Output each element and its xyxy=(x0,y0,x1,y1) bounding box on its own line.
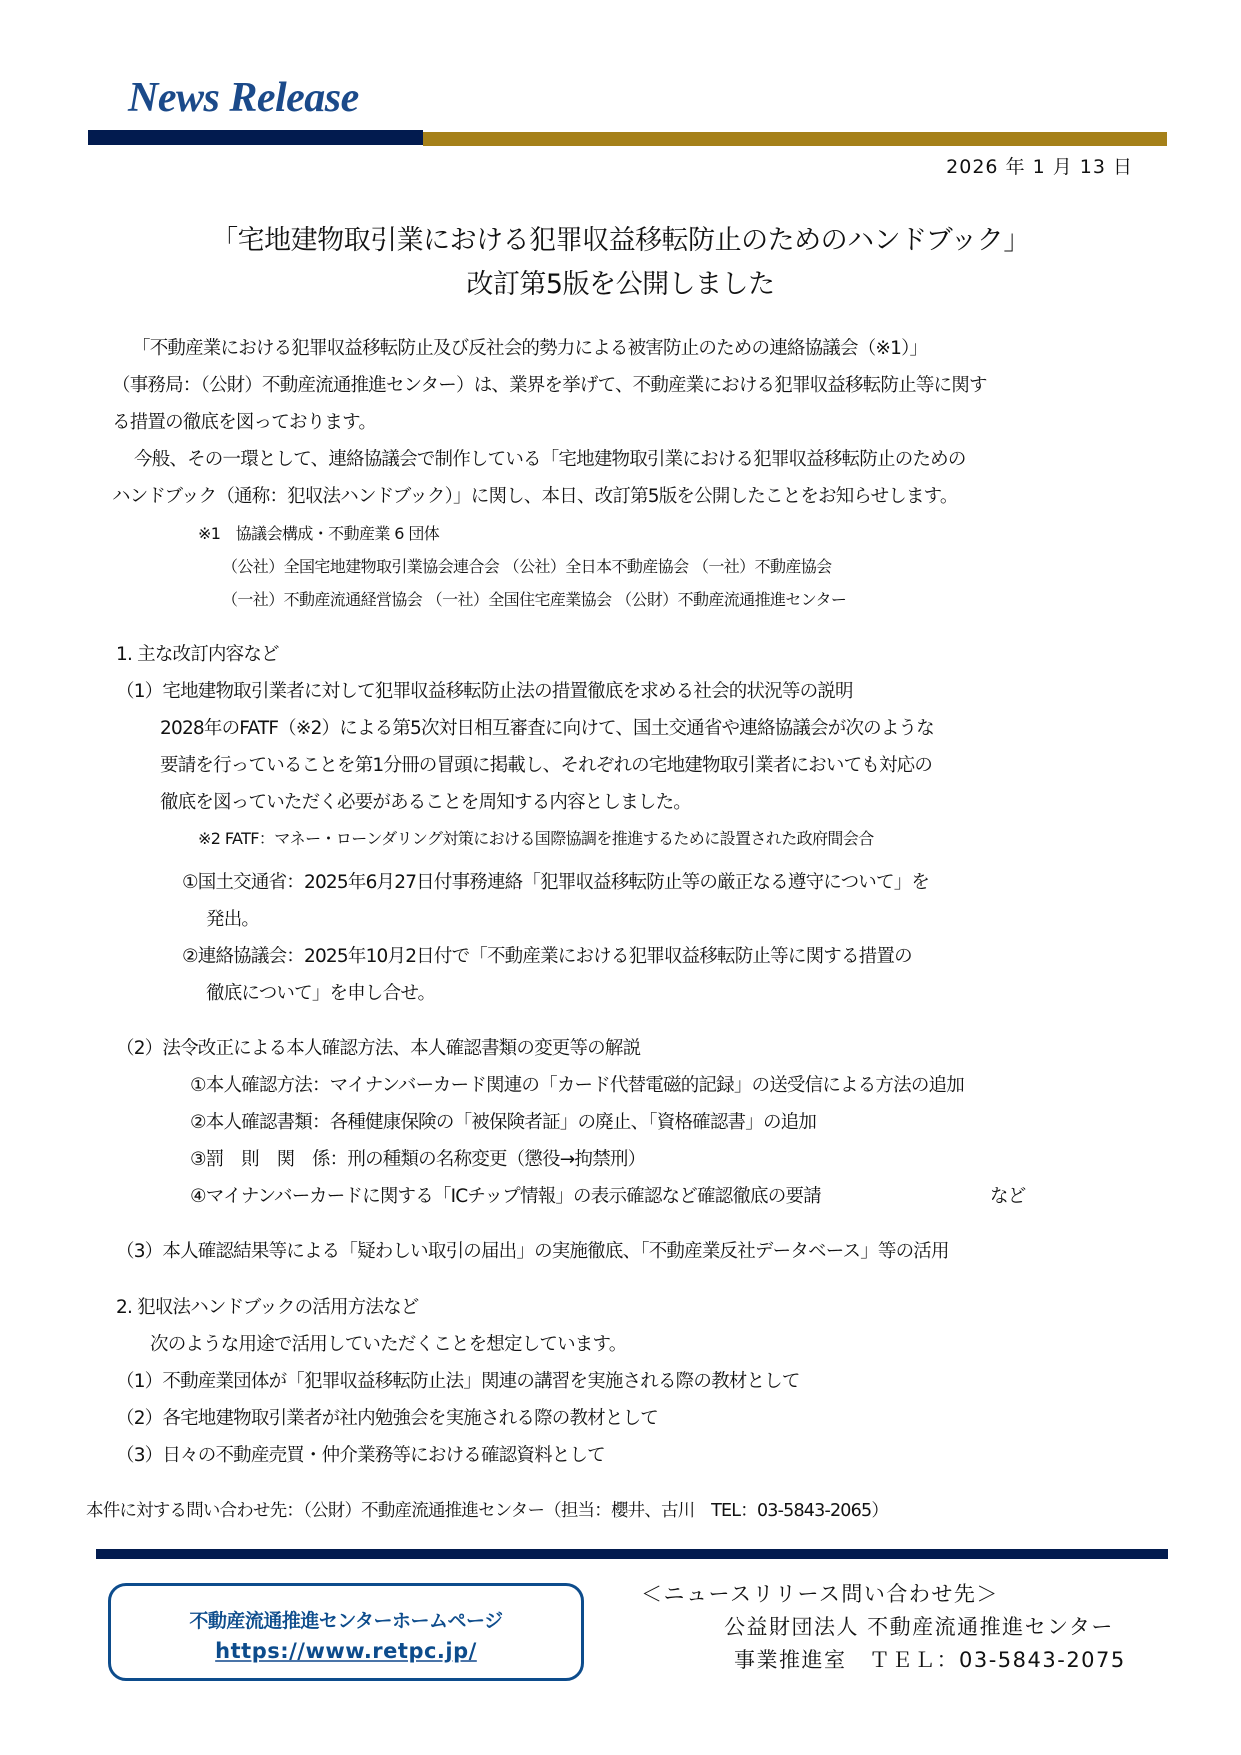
note1-members-line2: （一社）不動産流通経営協会 （一社）全国住宅産業協会 （公財）不動産流通推進セン… xyxy=(222,587,846,610)
section1-point2-line2: 徹底について」を申し合せ。 xyxy=(206,979,435,1005)
section1-item1-body-line1: 2028年のFATF（※2）による第5次対日相互審査に向けて、国土交通省や連絡協… xyxy=(160,714,934,740)
section1-point2-line1: ②連絡協議会：2025年10月2日付で「不動産業における犯罪収益移転防止等に関す… xyxy=(182,942,912,968)
section1-point1-line1: ①国土交通省：2025年6月27日付事務連絡「犯罪収益移転防止等の厳正なる遵守に… xyxy=(182,868,929,894)
header-gold-bar xyxy=(423,132,1167,146)
section1-item2-title: （2）法令改正による本人確認方法、本人確認書類の変更等の解説 xyxy=(116,1034,640,1060)
section1-item3-title: （3）本人確認結果等による「疑わしい取引の届出」の実施徹底、「不動産業反社データ… xyxy=(116,1237,949,1263)
news-release-logo: News Release xyxy=(128,74,359,122)
contact-org: 公益財団法人 不動産流通推進センター xyxy=(724,1611,1114,1641)
section1-item1-body-line3: 徹底を図っていただく必要があることを周知する内容としました。 xyxy=(160,788,691,814)
section1-item1-title: （1）宅地建物取引業者に対して犯罪収益移転防止法の措置徹底を求める社会的状況等の… xyxy=(116,677,853,703)
section1-point1-line2: 発出。 xyxy=(206,905,259,931)
section1-item2-point3: ③罰 則 関 係：刑の種類の名称変更（懲役→拘禁刑） xyxy=(190,1145,645,1171)
section2-lead: 次のような用途で活用していただくことを想定しています。 xyxy=(150,1330,626,1356)
intro-p1-line2: （事務局：（公財）不動産流通推進センター）は、業界を挙げて、不動産業における犯罪… xyxy=(112,371,987,397)
section1-item2-etc: など xyxy=(990,1182,1025,1208)
section2-use2: （2）各宅地建物取引業者が社内勉強会を実施される際の教材として xyxy=(116,1404,658,1430)
document-title-line2: 改訂第5版を公開しました xyxy=(0,262,1241,301)
contact-dept-tel: 事業推進室 ＴＥＬ：03-5843-2075 xyxy=(734,1644,1126,1674)
intro-p2-line2: ハンドブック（通称：犯収法ハンドブック）」に関し、本日、改訂第5版を公開したこと… xyxy=(112,482,958,508)
header-navy-bar xyxy=(88,130,423,145)
inquiry-contact: 本件に対する問い合わせ先：（公財）不動産流通推進センター（担当：櫻井、古川 TE… xyxy=(86,1497,888,1522)
document-title-line1: 「宅地建物取引業における犯罪収益移転防止のためのハンドブック」 xyxy=(0,218,1241,257)
note1-label: ※1 協議会構成・不動産業 6 団体 xyxy=(198,521,439,544)
contact-heading: ＜ニュースリリース問い合わせ先＞ xyxy=(641,1578,999,1608)
homepage-box: 不動産流通推進センターホームページ https://www.retpc.jp/ xyxy=(108,1583,584,1681)
section2-use1: （1）不動産業団体が「犯罪収益移転防止法」関連の講習を実施される際の教材として xyxy=(116,1367,800,1393)
footer-navy-bar xyxy=(96,1549,1168,1559)
section2-heading: 2. 犯収法ハンドブックの活用方法など xyxy=(116,1293,418,1319)
intro-p1-line1: 「不動産業における犯罪収益移転防止及び反社会的勢力による被害防止のための連絡協議… xyxy=(132,334,927,360)
note2-fatf: ※2 FATF：マネー・ローンダリング対策における国際協調を推進するために設置さ… xyxy=(198,826,874,849)
section1-heading: 1. 主な改訂内容など xyxy=(116,640,279,666)
section1-item1-body-line2: 要請を行っていることを第1分冊の冒頭に掲載し、それぞれの宅地建物取引業者において… xyxy=(160,751,932,777)
section1-item2-point1: ①本人確認方法：マイナンバーカード関連の「カード代替電磁的記録」の送受信による方… xyxy=(190,1071,964,1097)
section1-item2-point4: ④マイナンバーカードに関する「ICチップ情報」の表示確認など確認徹底の要請 xyxy=(190,1182,821,1208)
section2-use3: （3）日々の不動産売買・仲介業務等における確認資料として xyxy=(116,1441,605,1467)
intro-p2-line1: 今般、その一環として、連絡協議会で制作している「宅地建物取引業における犯罪収益移… xyxy=(134,445,966,471)
homepage-title: 不動産流通推進センターホームページ xyxy=(111,1606,581,1633)
homepage-link[interactable]: https://www.retpc.jp/ xyxy=(215,1639,477,1663)
release-date: 2026 年 1 月 13 日 xyxy=(946,152,1133,179)
section1-item2-point2: ②本人確認書類：各種健康保険の「被保険者証」の廃止、「資格確認書」の追加 xyxy=(190,1108,816,1134)
note1-members-line1: （公社）全国宅地建物取引業協会連合会 （公社）全日本不動産協会 （一社）不動産協… xyxy=(222,554,832,577)
intro-p1-line3: る措置の徹底を図っております。 xyxy=(112,408,376,434)
